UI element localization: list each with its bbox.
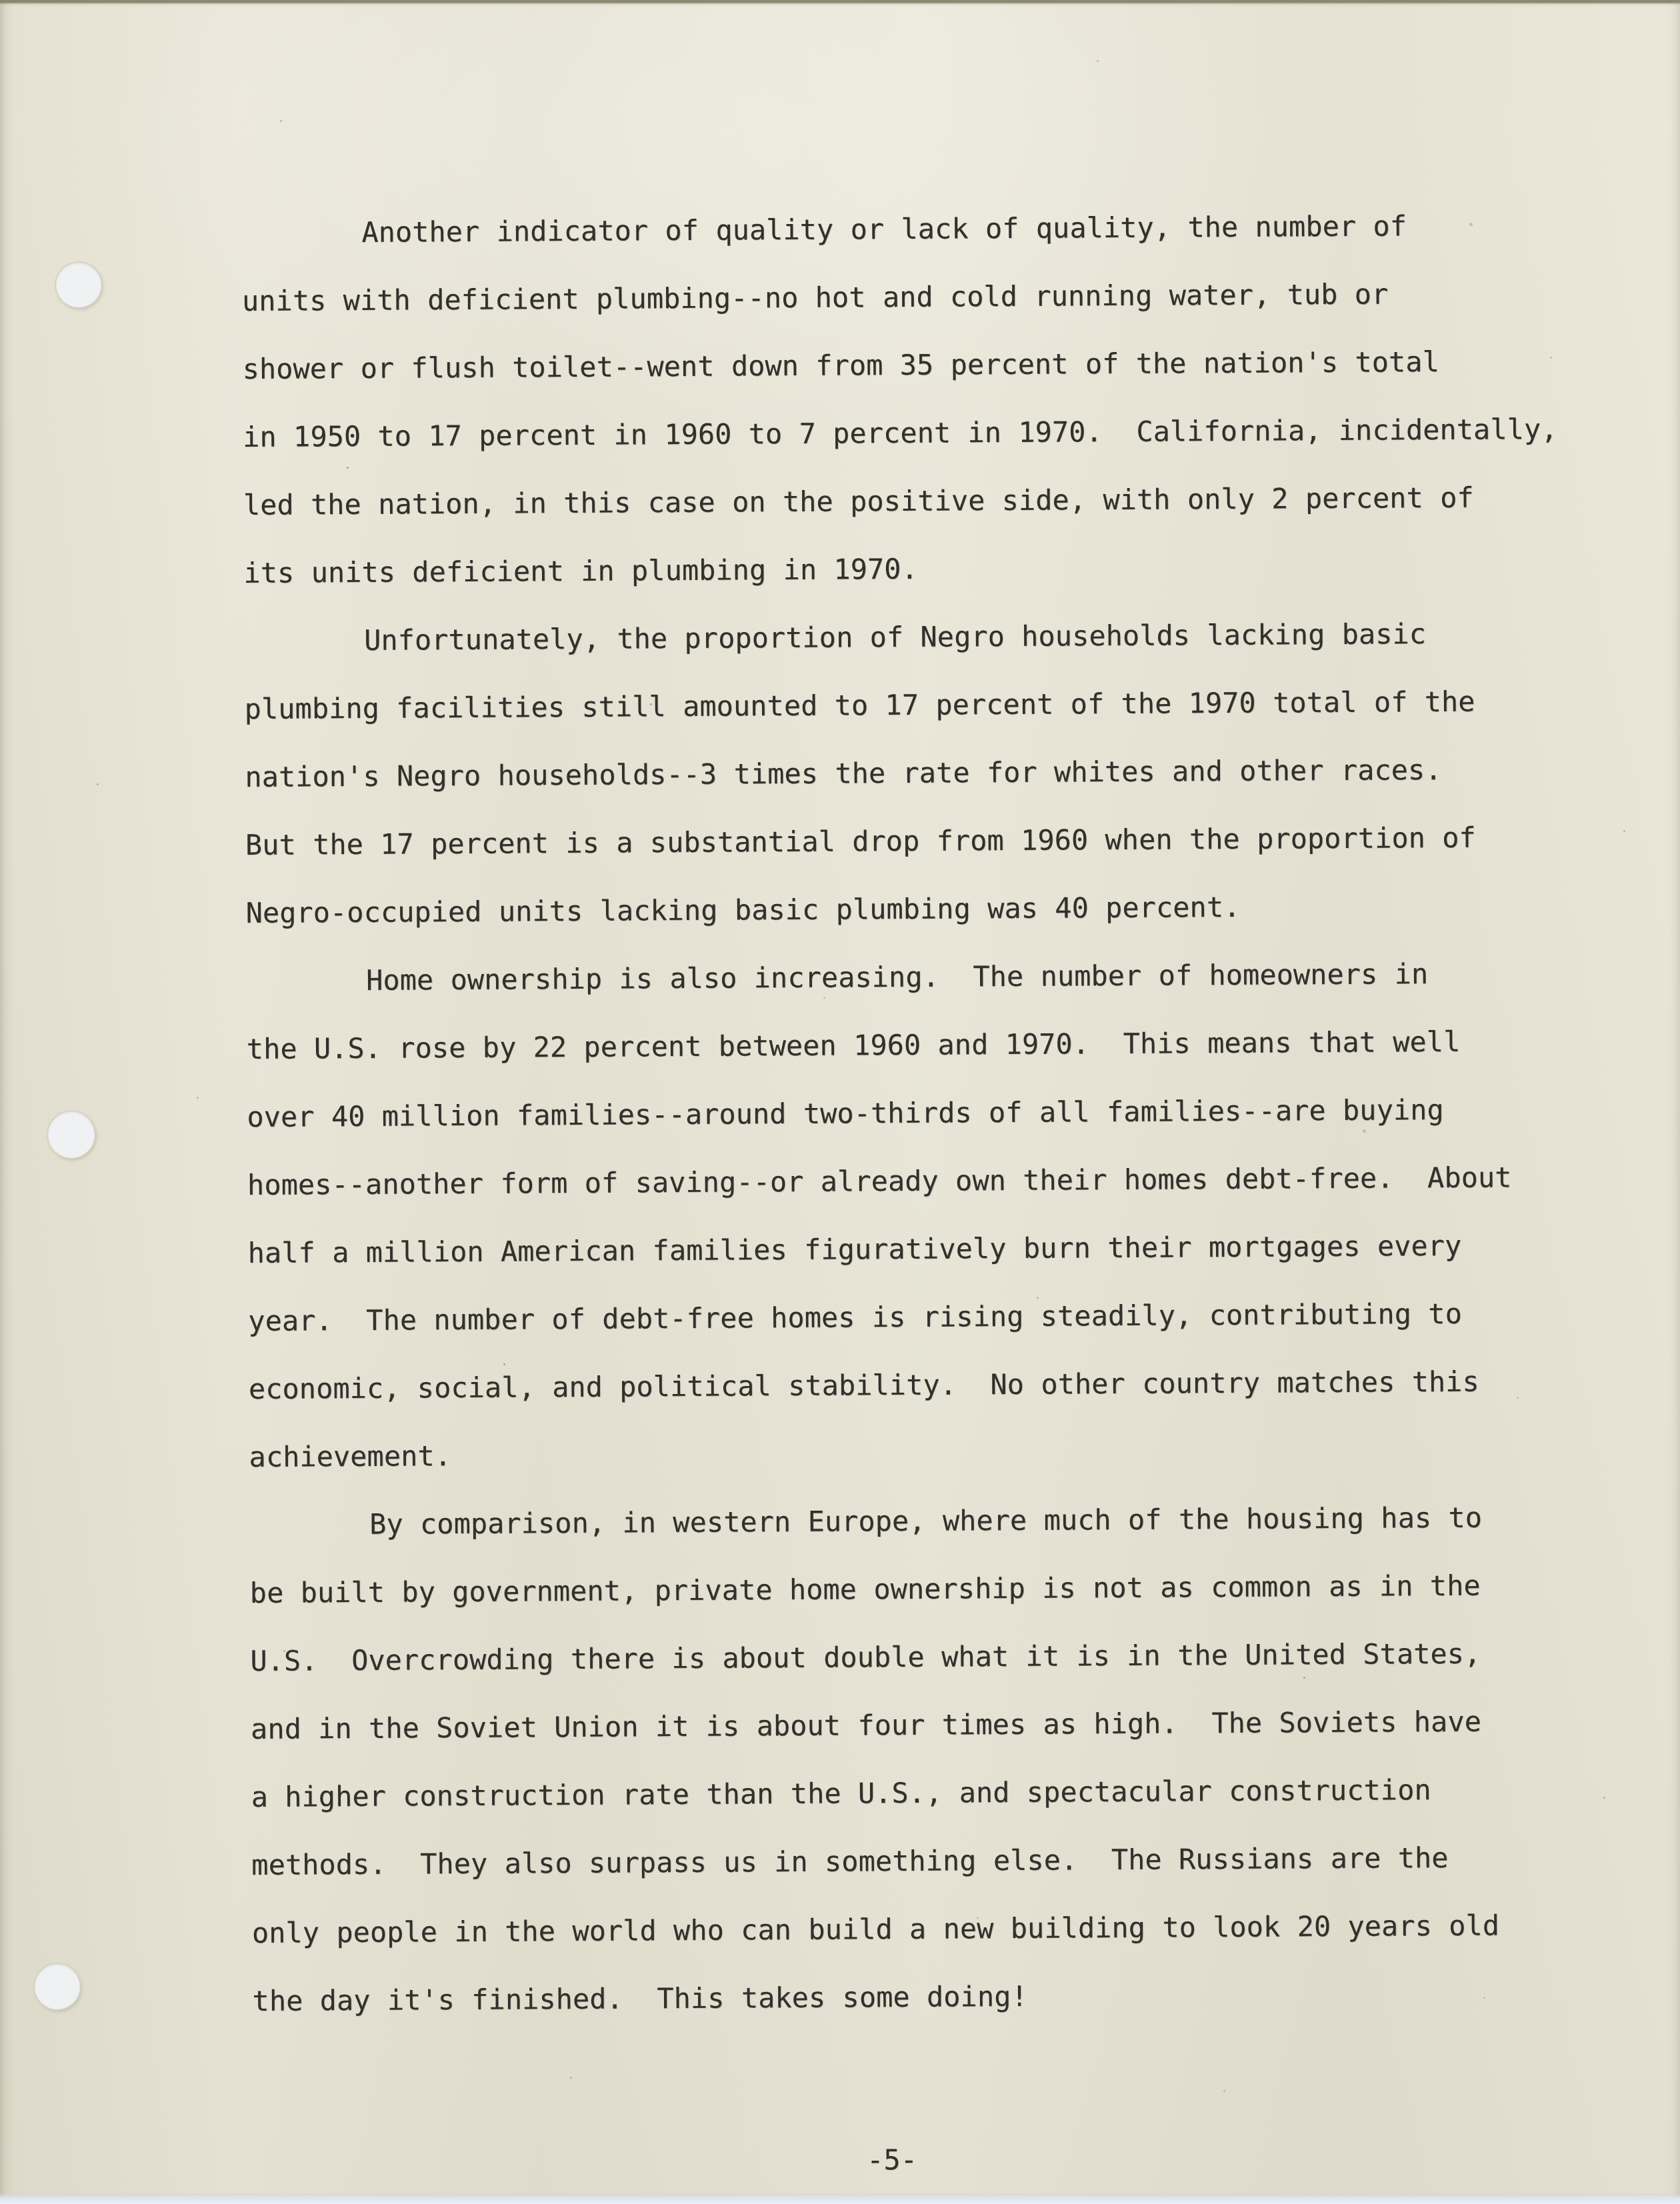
paragraph-negro-households: Unfortunately, the proportion of Negro h… <box>244 599 1619 947</box>
paragraph-plumbing-quality: Another indicator of quality or lack of … <box>241 191 1617 607</box>
page-number: -5- <box>867 2126 917 2194</box>
punch-hole-top <box>56 263 101 307</box>
paragraph-western-europe: By comparison, in western Europe, where … <box>249 1483 1626 2035</box>
punch-hole-bottom <box>35 1964 80 2009</box>
scan-top-edge <box>0 0 1680 5</box>
text-block: Another indicator of quality or lack of … <box>241 191 1627 2173</box>
paragraph-home-ownership: Home ownership is also increasing. The n… <box>246 939 1623 1491</box>
punch-hole-middle <box>48 1111 95 1158</box>
scan-bottom-edge <box>0 2193 1680 2204</box>
scanned-document: Another indicator of quality or lack of … <box>0 0 1680 2204</box>
